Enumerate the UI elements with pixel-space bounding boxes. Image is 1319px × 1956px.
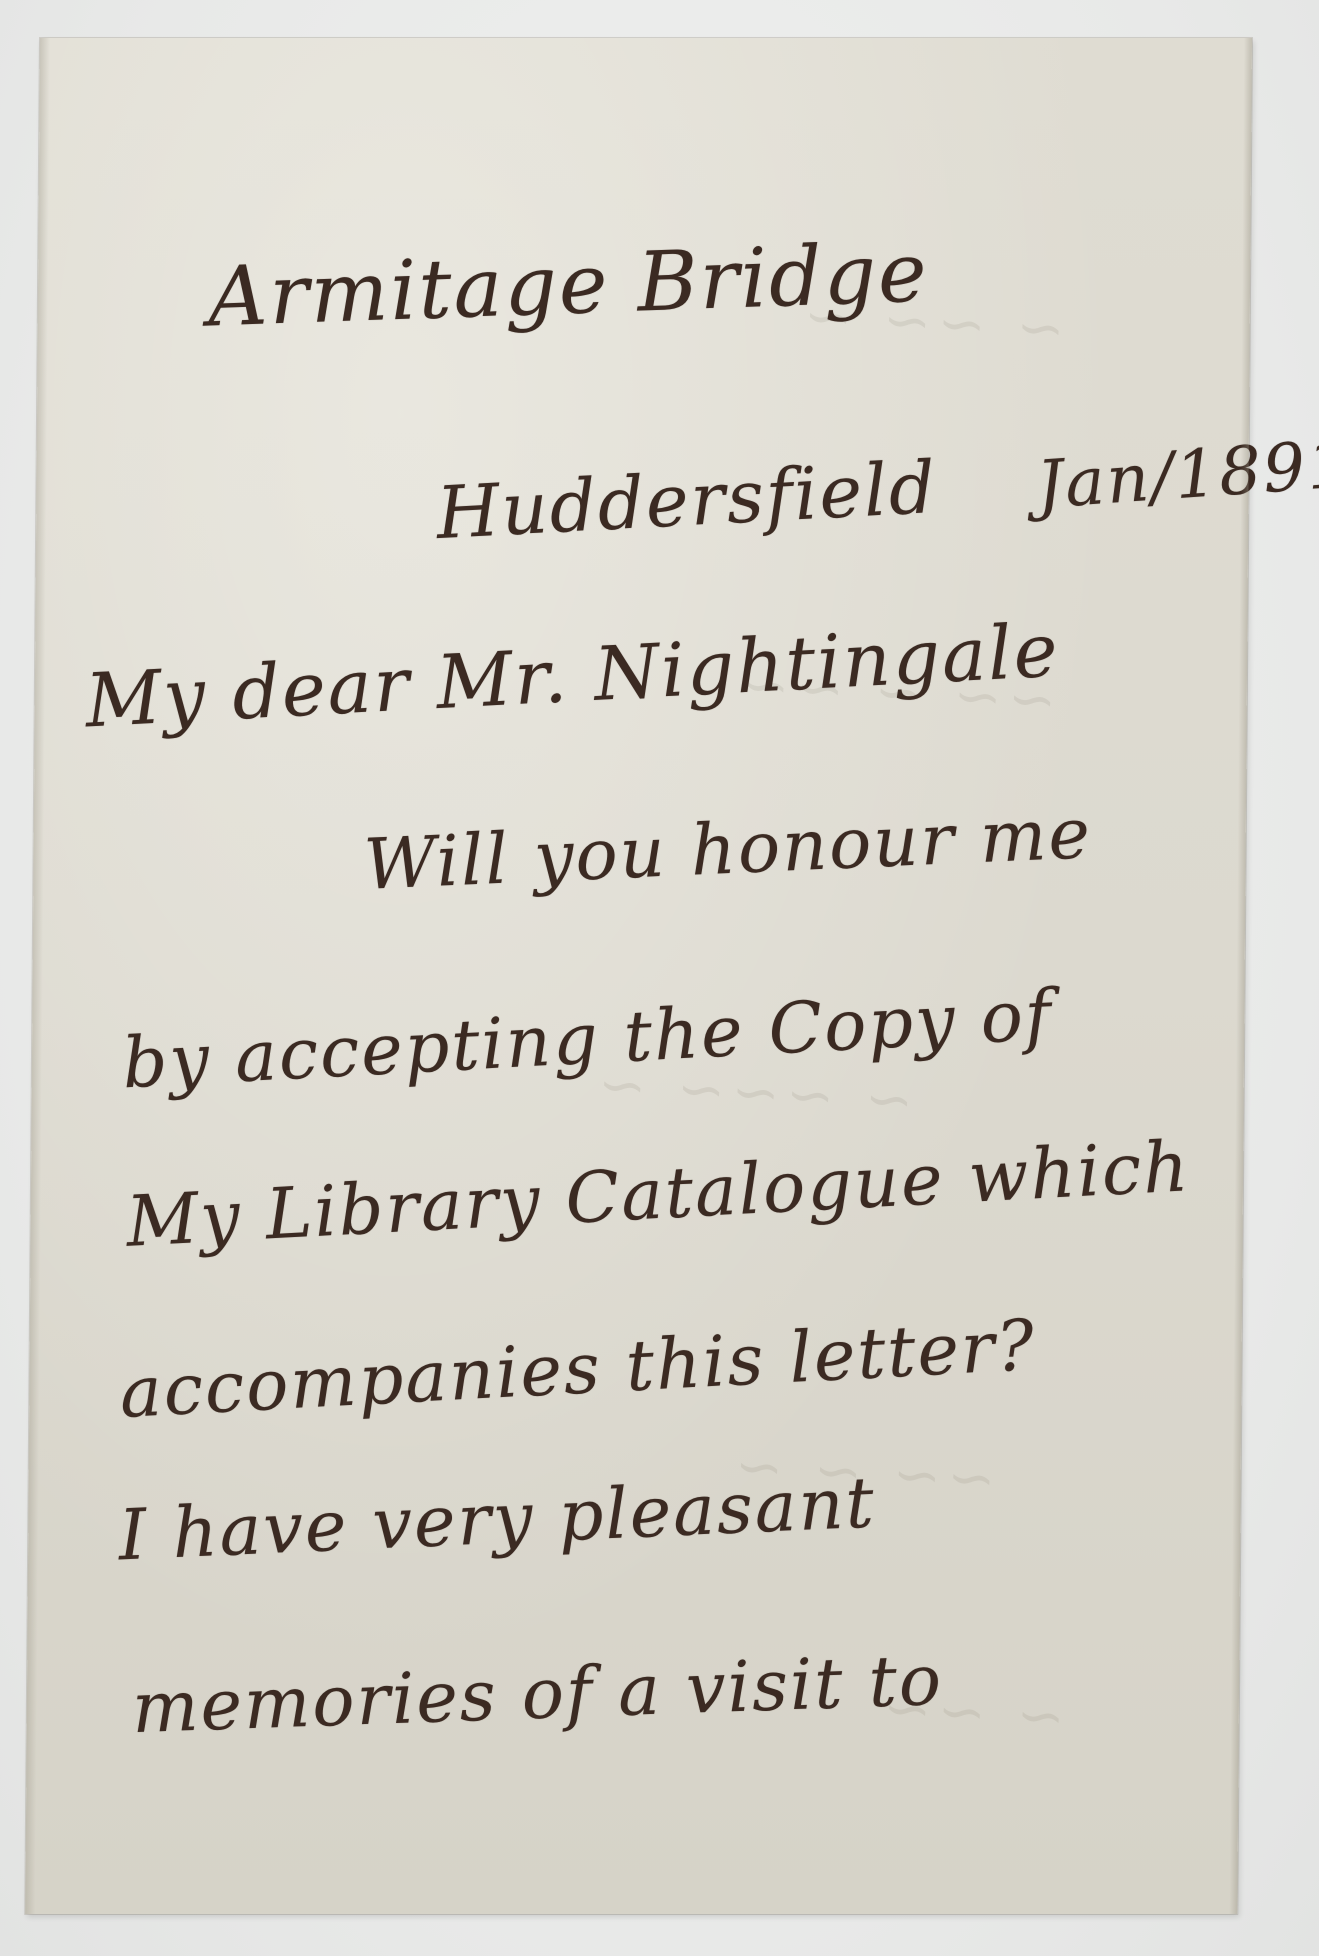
address-line-2: Huddersfield xyxy=(435,445,939,555)
body-line: My Library Catalogue which xyxy=(125,1125,1192,1263)
letter-sheet: ~ ~~ ~ ~~ ~ ~~ ~ ~~~ ~ ~~ ~ ~ ~ ~~ Armit… xyxy=(25,38,1252,1914)
body-line: by accepting the Copy of xyxy=(121,974,1055,1105)
salutation: My dear Mr. Nightingale xyxy=(84,608,1062,745)
body-line: accompanies this letter? xyxy=(118,1304,1037,1434)
body-line: Will you honour me xyxy=(362,792,1093,906)
body-line: I have very pleasant xyxy=(117,1462,877,1577)
body-line: memories of a visit to xyxy=(131,1639,944,1749)
address-line-1: Armitage Bridge xyxy=(207,225,930,345)
